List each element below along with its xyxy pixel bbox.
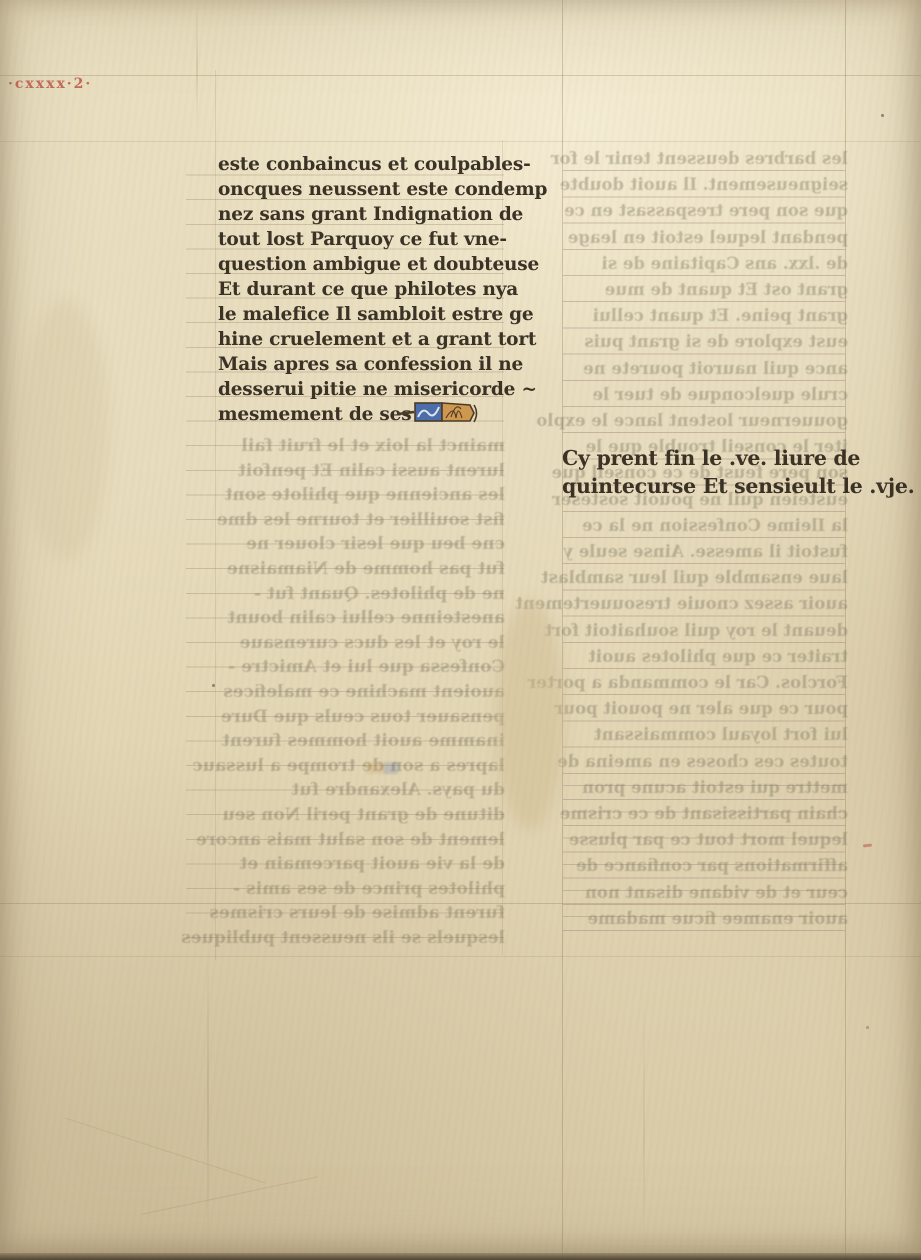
ink-speck-1: [881, 114, 884, 117]
showthrough-line: du pays. Alexandre fut: [180, 778, 505, 803]
scratch-bottom-left-1: [65, 1118, 265, 1184]
text-line: desserui pitie ne misericorde ~: [218, 377, 504, 402]
showthrough-line: seigneusement. Il auoit doubte: [565, 172, 848, 198]
showthrough-line: lequel mort tout ce par plusse: [565, 827, 848, 853]
right-column-showthrough-text: les barbres deussent tenir le forseigneu…: [565, 146, 848, 932]
showthrough-line: les ancienne que philote sont: [180, 483, 505, 508]
right-column-explicit: Cy prent fin le .ve. liure dequintecurse…: [562, 444, 872, 500]
text-line: Mais apres sa confession il ne: [218, 352, 504, 377]
showthrough-line: fut pas homme de Niamaisne: [180, 557, 505, 582]
showthrough-line: pour ce que aler ne pouoit pour: [565, 696, 848, 722]
explicit-line: quintecurse Et sensieult le .vje.: [562, 472, 872, 500]
stain-left-margin: [20, 300, 110, 560]
showthrough-line: chain partissisant de ce crisme: [565, 801, 848, 827]
crease-vertical-center-bottom: [643, 1000, 645, 1260]
ink-speck-2: [212, 684, 215, 687]
showthrough-line: gouuerneur lostent lance le explo: [565, 408, 848, 434]
explicit-line: Cy prent fin le .ve. liure de: [562, 444, 872, 472]
text-line: question ambigue et doubteuse: [218, 252, 504, 277]
showthrough-line: pensauer tous ceuls que Dure: [180, 705, 505, 730]
showthrough-line: fustoit il amesse. Ainse seule y: [565, 539, 848, 565]
showthrough-line: lui fort loyaul commaissant: [565, 722, 848, 748]
showthrough-line: mainct la loix et le fruit fail: [180, 434, 505, 459]
showthrough-line: le roy et les ducs curensaue: [180, 631, 505, 656]
showthrough-line: auoir enamee ficue madame: [565, 906, 848, 932]
showthrough-line: les barbres deussent tenir le for: [565, 146, 848, 172]
showthrough-line: affirmations par confiance de: [565, 853, 848, 879]
crease-vertical-bottom: [207, 940, 209, 1260]
showthrough-line: eust explore de si grant puis: [565, 329, 848, 355]
showthrough-line: de la vie auoit parcemain et: [180, 852, 505, 877]
frame-ruling-top: [0, 75, 921, 76]
showthrough-line: Confessa que lui et Amictre -: [180, 655, 505, 680]
red-margin-tick: [863, 843, 872, 847]
showthrough-line: lesquels se ils neussent publiques: [180, 926, 505, 951]
showthrough-line: ne de philotes. Quant fut -: [180, 582, 505, 607]
showthrough-line: lurent aussi calin Et penfoit: [180, 459, 505, 484]
text-line: tout lost Parquoy ce fut vne-: [218, 227, 504, 252]
left-column-showthrough-text: mainct la loix et le fruit faillurent au…: [180, 434, 505, 950]
showthrough-line: lapres a son de trompe a lussauc: [180, 754, 505, 779]
showthrough-line: grant ost Et quant de mue: [565, 277, 848, 303]
showthrough-line: deuant le roy quil souhaitoit fort: [565, 618, 848, 644]
showthrough-line-filler-blob: [366, 762, 398, 774]
text-line: nez sans grant Indignation de: [218, 202, 504, 227]
frame-ruling-top-2: [0, 141, 921, 142]
showthrough-line: grant peine. Et quant cellui: [565, 303, 848, 329]
ink-speck-3: [866, 1026, 869, 1029]
crease-vertical-top: [196, 0, 198, 130]
showthrough-line: philotes prince de ses amis -: [180, 877, 505, 902]
showthrough-line: ditune de grant peril Non seu: [180, 803, 505, 828]
left-column-text: este conbaincus et coulpables-oncques ne…: [218, 152, 504, 427]
showthrough-line: laue ensamble quil leur samblast: [565, 565, 848, 591]
showthrough-line: la Ileime Confession ne la ce: [565, 513, 848, 539]
showthrough-line: furent admise de leurs crismes: [180, 901, 505, 926]
manuscript-page: ·cxxxx·2· mainct la loix et le fruit fai…: [0, 0, 921, 1260]
stain-intercolumn: [495, 600, 565, 830]
folio-mark: ·cxxxx·2·: [8, 76, 92, 92]
showthrough-line: lement de son salut mais ancore: [180, 828, 505, 853]
text-line: Et durant ce que philotes nya: [218, 277, 504, 302]
showthrough-line: ceur et de vidane disant non: [565, 880, 848, 906]
showthrough-line: traiter ce que philotes auoit: [565, 644, 848, 670]
text-line: este conbaincus et coulpables-: [218, 152, 504, 177]
showthrough-line: inamme auoit hommes furent: [180, 729, 505, 754]
text-line: hine cruelement et a grant tort: [218, 327, 504, 352]
showthrough-line: Forclos. Car le commanda a porter: [565, 670, 848, 696]
showthrough-line: anesteinne cellui calin bount: [180, 606, 505, 631]
showthrough-line: toutes ces choses en ameina de: [565, 749, 848, 775]
showthrough-line: crule quelconque de tuer le: [565, 382, 848, 408]
text-line: oncques neussent este condemp: [218, 177, 504, 202]
showthrough-line: auoient machine ce malefices: [180, 680, 505, 705]
text-line: le malefice Il sambloit estre ge: [218, 302, 504, 327]
showthrough-line: de .lxx. ans Capitaine de si: [565, 251, 848, 277]
scratch-bottom-left-2: [142, 1176, 318, 1214]
showthrough-line: cne beu que lesir clouer ne: [180, 532, 505, 557]
showthrough-line: que son pere trespassast en ce: [565, 198, 848, 224]
showthrough-line: pendant lequel estoit en leage: [565, 225, 848, 251]
showthrough-line: mettre qui estoit acune pron: [565, 775, 848, 801]
showthrough-line: auoir assez cnouie tresouuertement: [565, 591, 848, 617]
showthrough-line: ance quil nauroit pourete ne: [565, 356, 848, 382]
page-bottom-edge-shadow: [0, 1253, 921, 1260]
line-filler-ornament: [396, 400, 480, 426]
showthrough-line: fist souillier et tourne les dme: [180, 508, 505, 533]
frame-ruling-bottom-2: [0, 956, 921, 957]
